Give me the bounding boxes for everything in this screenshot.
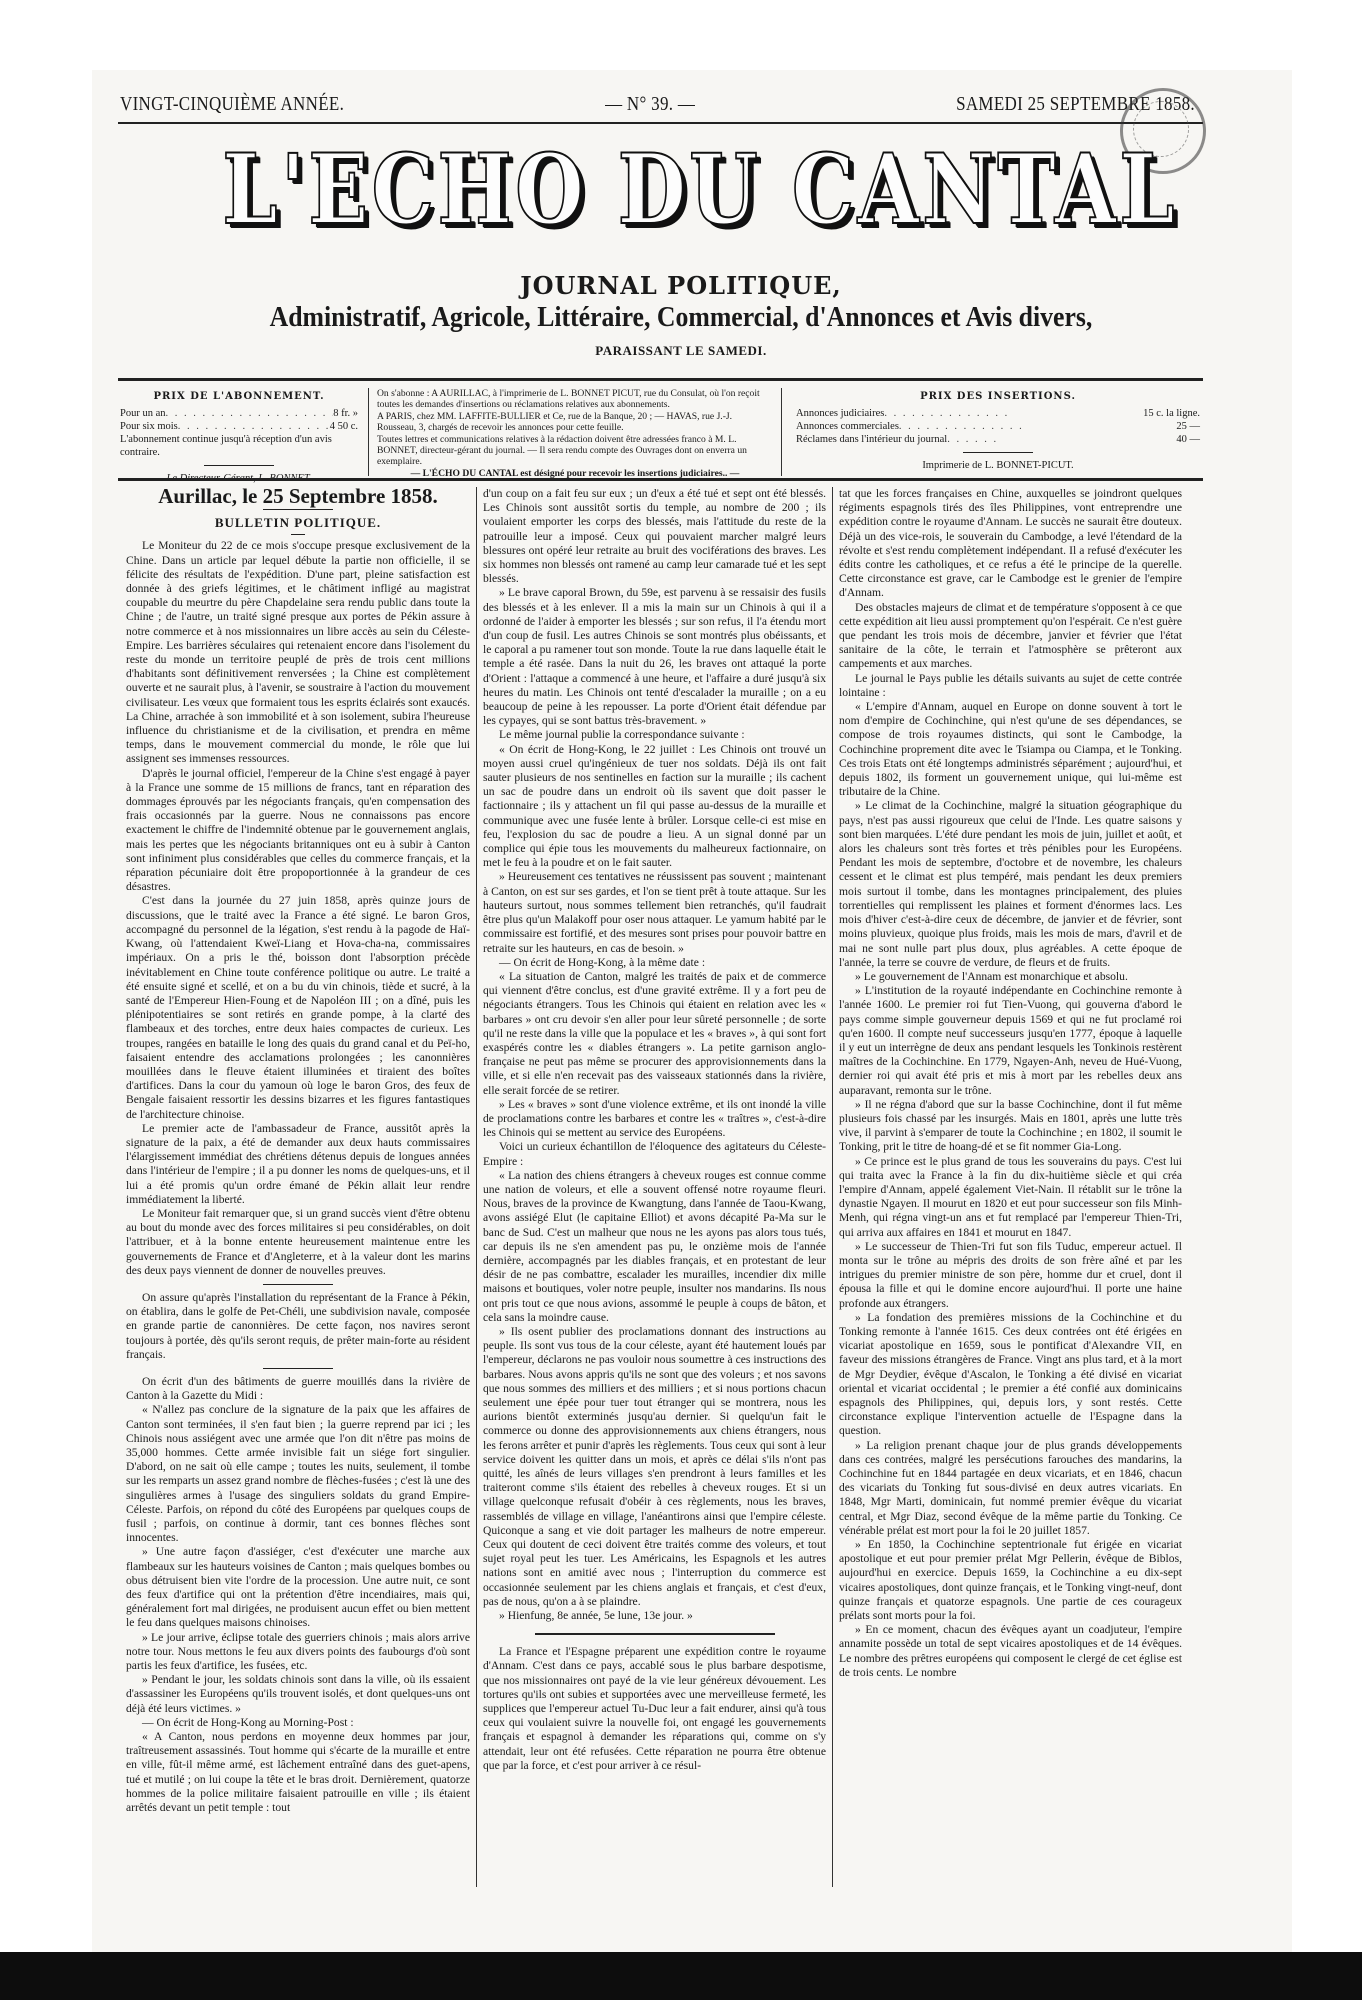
masthead-title: L'ECHO DU CANTAL <box>222 140 1108 240</box>
paragraph: D'après le journal officiel, l'empereur … <box>126 767 470 895</box>
paragraph: » Ils osent publier des proclamations do… <box>483 1325 826 1609</box>
paragraph: « La situation de Canton, malgré les tra… <box>483 970 826 1098</box>
contact-line: Toutes lettres et communications relativ… <box>377 434 773 468</box>
paragraph: » Le gouvernement de l'Annam est monarch… <box>839 970 1182 984</box>
paragraph: » Hienfung, 8e année, 5e lune, 13e jour.… <box>483 1609 826 1623</box>
paragraph: Voici un curieux échantillon de l'éloque… <box>483 1140 826 1168</box>
paragraph: — On écrit de Hong-Kong au Morning-Post … <box>126 1716 470 1730</box>
paragraph: » Il ne régna d'abord que sur la basse C… <box>839 1098 1182 1155</box>
price-value: 25 — <box>1176 420 1200 433</box>
paragraph: « L'empire d'Annam, auquel en Europe on … <box>839 700 1182 799</box>
printer-credit: Imprimerie de L. BONNET-PICUT. <box>796 459 1200 472</box>
divider <box>118 122 1203 124</box>
masthead-topics: Administratif, Agricole, Littéraire, Com… <box>54 302 1307 334</box>
paragraph: Le journal le Pays publie les détails su… <box>839 672 1182 700</box>
paragraph: On assure qu'après l'installation du rep… <box>126 1291 470 1362</box>
subscription-title: PRIX DE L'ABONNEMENT. <box>120 390 358 403</box>
divider <box>263 1368 333 1369</box>
paragraph: » La religion prenant chaque jour de plu… <box>839 1439 1182 1538</box>
paragraph: — On écrit de Hong-Kong, à la même date … <box>483 956 826 970</box>
column-1: Aurillac, le 25 Septembre 1858. BULLETIN… <box>120 487 476 1887</box>
paragraph: Le même journal publie la correspondance… <box>483 728 826 742</box>
price-row: Annonces commerciales . . . . . . . . . … <box>796 420 1200 433</box>
paragraph: » Le jour arrive, éclipse totale des gue… <box>126 1631 470 1674</box>
column-2: d'un coup on a fait feu sur eux ; un d'e… <box>476 487 832 1887</box>
paragraph: C'est dans la journée du 27 juin 1858, a… <box>126 894 470 1121</box>
paragraph: « On écrit de Hong-Kong, le 22 juillet :… <box>483 743 826 871</box>
price-row: Pour un an . . . . . . . . . . . . . . .… <box>120 407 358 420</box>
paragraph: » Ce prince est le plus grand de tous le… <box>839 1155 1182 1240</box>
paragraph: » Heureusement ces tentatives ne réussis… <box>483 870 826 955</box>
paragraph: » En ce moment, chacun des évêques ayant… <box>839 1623 1182 1680</box>
divider <box>118 478 1203 481</box>
paragraph: d'un coup on a fait feu sur eux ; un d'e… <box>483 487 826 586</box>
paragraph: Des obstacles majeurs de climat et de te… <box>839 601 1182 672</box>
paragraph: Le premier acte de l'ambassadeur de Fran… <box>126 1122 470 1207</box>
paragraph: » Le successeur de Thien-Tri fut son fil… <box>839 1240 1182 1311</box>
contact-box: On s'abonne : A AURILLAC, à l'imprimerie… <box>368 388 782 476</box>
paragraph: On écrit d'un des bâtiments de guerre mo… <box>126 1375 470 1403</box>
price-row: Réclames dans l'intérieur du journal . .… <box>796 433 1200 446</box>
scan-margin-right <box>1292 0 1362 2000</box>
divider <box>963 452 1033 453</box>
insertions-box: PRIX DES INSERTIONS. Annonces judiciaire… <box>782 388 1200 476</box>
divider <box>118 378 1203 381</box>
publication-frequency: PARAISSANT LE SAMEDI. <box>0 343 1362 359</box>
divider <box>535 1633 775 1635</box>
paragraph: » La fondation des premières missions de… <box>839 1311 1182 1439</box>
article-columns: Aurillac, le 25 Septembre 1858. BULLETIN… <box>120 487 1200 1887</box>
price-row: Pour six mois . . . . . . . . . . . . . … <box>120 420 358 433</box>
paragraph: Le Moniteur du 22 de ce mois s'occupe pr… <box>126 539 470 766</box>
dateline-bar: VINGT-CINQUIÈME ANNÉE. — N° 39. — SAMEDI… <box>120 93 1195 116</box>
subscription-box: PRIX DE L'ABONNEMENT. Pour un an . . . .… <box>120 388 368 476</box>
paragraph: La France et l'Espagne préparent une exp… <box>483 1645 826 1773</box>
scan-margin-left <box>0 0 92 2000</box>
paragraph: » Pendant le jour, les soldats chinois s… <box>126 1673 470 1716</box>
issue-number: — N° 39. — <box>605 93 695 116</box>
year-label: VINGT-CINQUIÈME ANNÉE. <box>120 93 344 116</box>
divider <box>291 534 305 535</box>
price-label: Annonces judiciaires <box>796 407 884 420</box>
divider <box>263 1284 333 1285</box>
paragraph: Le Moniteur fait remarquer que, si un gr… <box>126 1207 470 1278</box>
scan-background-bottom <box>0 1952 1362 2000</box>
price-value: 15 c. la ligne. <box>1143 407 1200 420</box>
paragraph: » L'institution de la royauté indépendan… <box>839 984 1182 1098</box>
article-dateline: Aurillac, le 25 Septembre 1858. <box>126 489 470 503</box>
contact-line: On s'abonne : A AURILLAC, à l'imprimerie… <box>377 388 773 411</box>
paragraph: » Le brave caporal Brown, du 59e, est pa… <box>483 586 826 728</box>
info-band: PRIX DE L'ABONNEMENT. Pour un an . . . .… <box>120 388 1200 476</box>
paragraph: « A Canton, nous perdons en moyenne deux… <box>126 1730 470 1815</box>
price-value: 8 fr. » <box>333 407 358 420</box>
section-title: BULLETIN POLITIQUE. <box>126 516 470 530</box>
paragraph: « N'allez pas conclure de la signature d… <box>126 1403 470 1545</box>
column-3: tat que les forces françaises en Chine, … <box>832 487 1188 1887</box>
subscription-note: L'abonnement continue jusqu'à réception … <box>120 433 358 459</box>
leader-dots: . . . . . . <box>947 433 1176 446</box>
price-label: Pour six mois <box>120 420 178 433</box>
scan-margin-top <box>0 0 1362 70</box>
paragraph: » Une autre façon d'assiéger, c'est d'ex… <box>126 1545 470 1630</box>
masthead-subtitle: JOURNAL POLITIQUE, <box>0 271 1362 300</box>
divider <box>263 509 333 510</box>
divider <box>204 465 274 466</box>
paragraph: » Le climat de la Cochinchine, malgré la… <box>839 799 1182 969</box>
paragraph: « La nation des chiens étrangers à cheve… <box>483 1169 826 1325</box>
price-label: Réclames dans l'intérieur du journal <box>796 433 947 446</box>
paragraph: tat que les forces françaises en Chine, … <box>839 487 1182 601</box>
paragraph: » Les « braves » sont d'une violence ext… <box>483 1098 826 1141</box>
paragraph: » En 1850, la Cochinchine septentrionale… <box>839 1538 1182 1623</box>
price-row: Annonces judiciaires . . . . . . . . . .… <box>796 407 1200 420</box>
insertions-title: PRIX DES INSERTIONS. <box>796 390 1200 403</box>
leader-dots: . . . . . . . . . . . . . . <box>899 420 1176 433</box>
price-value: 40 — <box>1176 433 1200 446</box>
leader-dots: . . . . . . . . . . . . . . . . . . . . <box>166 407 334 420</box>
price-label: Annonces commerciales <box>796 420 899 433</box>
leader-dots: . . . . . . . . . . . . . . <box>884 407 1143 420</box>
leader-dots: . . . . . . . . . . . . . . . . . . . . <box>178 420 330 433</box>
price-value: 4 50 c. <box>330 420 358 433</box>
contact-line: A PARIS, chez MM. LAFFITE-BULLIER et Ce,… <box>377 411 773 434</box>
price-label: Pour un an <box>120 407 166 420</box>
